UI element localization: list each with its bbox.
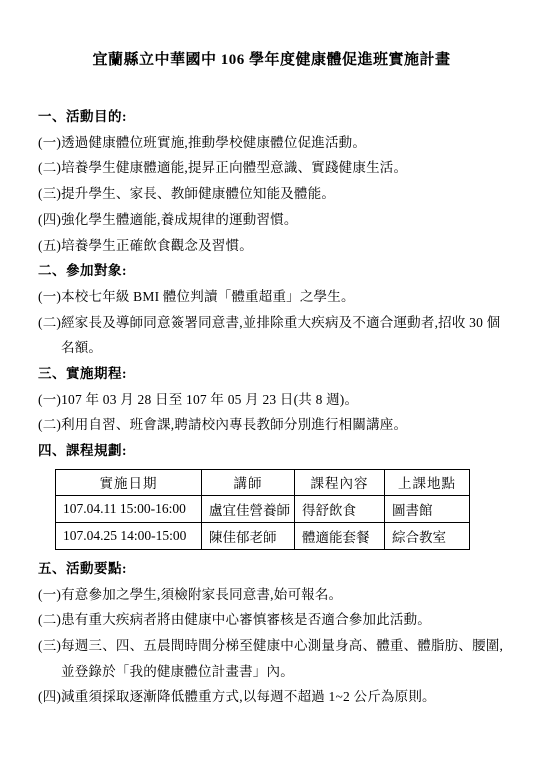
section-4-heading: 四、課程規劃: [38,438,511,464]
column-header-content: 課程內容 [295,469,385,495]
cell-lecturer: 陳佳郁老師 [202,522,295,549]
table-header-row: 實施日期 講師 課程內容 上課地點 [56,469,470,495]
cell-date: 107.04.25 14:00-15:00 [56,522,202,549]
section-2-item-2: (二)經家長及導師同意簽署同意書,並排除重大疾病及不適合運動者,招收 30 個名… [38,310,511,361]
table-row: 107.04.25 14:00-15:00 陳佳郁老師 體適能套餐 綜合教室 [56,522,470,549]
section-5-item-1: (一)有意參加之學生,須檢附家長同意書,始可報名。 [38,582,511,608]
section-1-item-3: (三)提升學生、家長、教師健康體位知能及體能。 [38,181,511,207]
section-5-item-2: (二)患有重大疾病者將由健康中心審慎審核是否適合參加此活動。 [38,607,511,633]
section-1-item-1: (一)透過健康體位班實施,推動學校健康體位促進活動。 [38,130,511,156]
section-2-heading: 二、參加對象: [38,258,511,284]
section-5-item-4: (四)減重須採取逐漸降低體重方式,以每週不超過 1~2 公斤為原則。 [38,684,511,710]
section-2-item-1: (一)本校七年級 BMI 體位判讀「體重超重」之學生。 [38,284,511,310]
column-header-location: 上課地點 [385,469,470,495]
section-5-heading: 五、活動要點: [38,556,511,582]
cell-lecturer: 盧宜佳營養師 [202,495,295,522]
table-row: 107.04.11 15:00-16:00 盧宜佳營養師 得舒飲食 圖書館 [56,495,470,522]
section-1-heading: 一、活動目的: [38,104,511,130]
document-body: 一、活動目的: (一)透過健康體位班實施,推動學校健康體位促進活動。 (二)培養… [0,104,543,710]
section-3-item-2: (二)利用自習、班會課,聘請校內專長教師分別進行相關講座。 [38,412,511,438]
column-header-date: 實施日期 [56,469,202,495]
cell-location: 圖書館 [385,495,470,522]
section-3-heading: 三、實施期程: [38,361,511,387]
section-5-item-3: (三)每週三、四、五晨間時間分梯至健康中心測量身高、體重、體脂肪、腰圍,並登錄於… [38,633,511,684]
section-3-item-1: (一)107 年 03 月 28 日至 107 年 05 月 23 日(共 8 … [38,387,511,413]
course-schedule-table: 實施日期 講師 課程內容 上課地點 107.04.11 15:00-16:00 … [55,469,470,550]
document-page: 宜蘭縣立中華國中 106 學年度健康體促進班實施計畫 一、活動目的: (一)透過… [0,0,543,768]
cell-content: 體適能套餐 [295,522,385,549]
section-1-item-4: (四)強化學生體適能,養成規律的運動習慣。 [38,207,511,233]
column-header-lecturer: 講師 [202,469,295,495]
section-1-item-5: (五)培養學生正確飲食觀念及習慣。 [38,233,511,259]
section-1-item-2: (二)培養學生健康體適能,提昇正向體型意識、實踐健康生活。 [38,155,511,181]
cell-content: 得舒飲食 [295,495,385,522]
cell-location: 綜合教室 [385,522,470,549]
document-title: 宜蘭縣立中華國中 106 學年度健康體促進班實施計畫 [0,0,543,71]
cell-date: 107.04.11 15:00-16:00 [56,495,202,522]
